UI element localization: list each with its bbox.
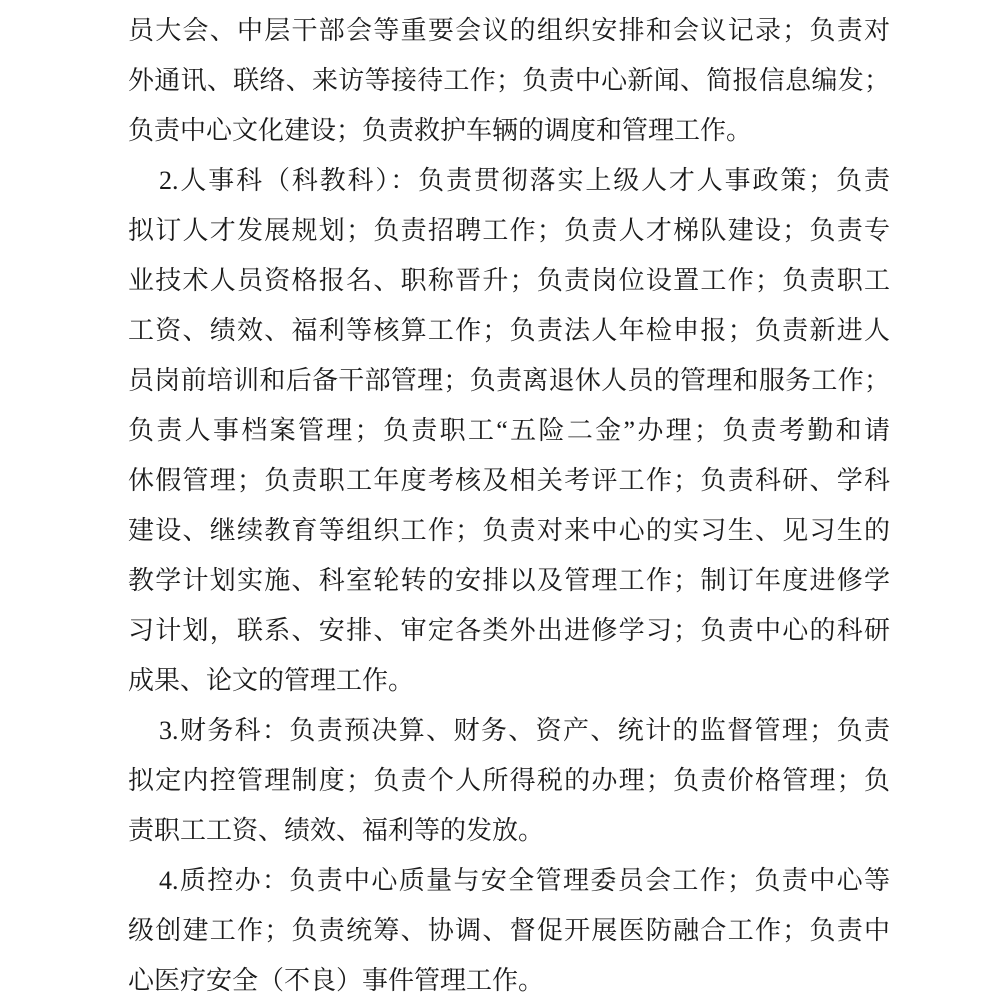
paragraph-finance-department: 3.财务科：负责预决算、财务、资产、统计的监督管理；负责拟定内控管理制度；负责个… [128, 706, 890, 856]
paragraph-hr-department: 2.人事科（科教科）：负责贯彻落实上级人才人事政策；负责拟订人才发展规划；负责招… [128, 156, 890, 706]
text-line: 拟定内控管理制度；负责个人所得税的办理；负责价格管理；负 [128, 756, 890, 806]
text-line: 成果、论文的管理工作。 [128, 656, 890, 706]
text-line: 负责中心文化建设；负责救护车辆的调度和管理工作。 [128, 106, 890, 156]
text-line: 业技术人员资格报名、职称晋升；负责岗位设置工作；负责职工 [128, 256, 890, 306]
text-line: 员岗前培训和后备干部管理；负责离退休人员的管理和服务工作； [128, 356, 890, 406]
text-line: 负责人事档案管理；负责职工“五险二金”办理；负责考勤和请 [128, 406, 890, 456]
text-line: 建设、继续教育等组织工作；负责对来中心的实习生、见习生的 [128, 506, 890, 556]
text-line: 工资、绩效、福利等核算工作；负责法人年检申报；负责新进人 [128, 306, 890, 356]
text-line: 拟订人才发展规划；负责招聘工作；负责人才梯队建设；负责专 [128, 206, 890, 256]
text-line: 3.财务科：负责预决算、财务、资产、统计的监督管理；负责 [128, 706, 890, 756]
document-page: 员大会、中层干部会等重要会议的组织安排和会议记录；负责对外通讯、联络、来访等接待… [0, 0, 1000, 1003]
paragraph-quality-control-office: 4.质控办：负责中心质量与安全管理委员会工作；负责中心等级创建工作；负责统筹、协… [128, 856, 890, 1003]
text-line: 习计划，联系、安排、审定各类外出进修学习；负责中心的科研 [128, 606, 890, 656]
text-line: 员大会、中层干部会等重要会议的组织安排和会议记录；负责对 [128, 6, 890, 56]
text-line: 责职工工资、绩效、福利等的发放。 [128, 806, 890, 856]
text-line: 4.质控办：负责中心质量与安全管理委员会工作；负责中心等 [128, 856, 890, 906]
paragraph-office-duties-continued: 员大会、中层干部会等重要会议的组织安排和会议记录；负责对外通讯、联络、来访等接待… [128, 6, 890, 156]
text-line: 2.人事科（科教科）：负责贯彻落实上级人才人事政策；负责 [128, 156, 890, 206]
text-line: 心医疗安全（不良）事件管理工作。 [128, 956, 890, 1003]
text-line: 教学计划实施、科室轮转的安排以及管理工作；制订年度进修学 [128, 556, 890, 606]
text-line: 外通讯、联络、来访等接待工作；负责中心新闻、简报信息编发； [128, 56, 890, 106]
text-line: 休假管理；负责职工年度考核及相关考评工作；负责科研、学科 [128, 456, 890, 506]
text-line: 级创建工作；负责统筹、协调、督促开展医防融合工作；负责中 [128, 906, 890, 956]
document-body: 员大会、中层干部会等重要会议的组织安排和会议记录；负责对外通讯、联络、来访等接待… [128, 6, 890, 1003]
